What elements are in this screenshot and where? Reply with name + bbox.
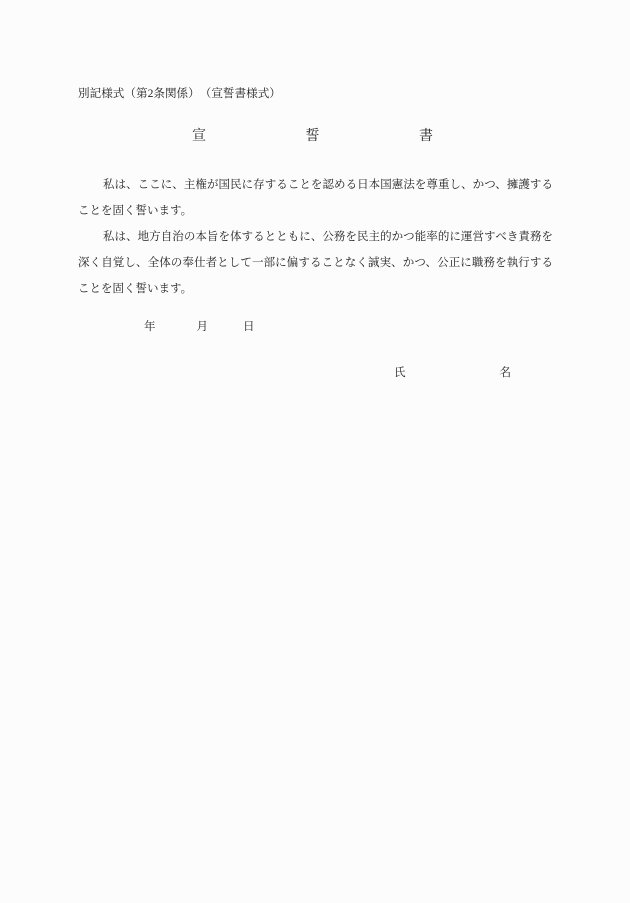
form-reference: 別記様式（第2条関係） （宣誓書様式） xyxy=(78,87,281,100)
title-char: 宣 xyxy=(192,129,206,144)
body-line: ことを固く誓います。 xyxy=(78,198,553,224)
body-line: 私は、地方自治の本旨を体するとともに、公務を民主的かつ能率的に運営すべき責務を xyxy=(78,224,553,250)
title-char: 書 xyxy=(419,129,433,144)
day-label: 日 xyxy=(243,321,255,334)
date-line: 年 月 日 xyxy=(144,321,255,334)
body-line: 深く自覚し、全体の奉仕者として一部に偏することなく誠実、かつ、公正に職務を執行す… xyxy=(78,250,553,276)
signature-name-line: 氏 名 xyxy=(394,367,511,380)
oath-body: 私は、ここに、主権が国民に存することを認める日本国憲法を尊重し、かつ、擁護する … xyxy=(78,172,553,302)
document-title: 宣 誓 書 xyxy=(192,129,433,144)
body-line: 私は、ここに、主権が国民に存することを認める日本国憲法を尊重し、かつ、擁護する xyxy=(78,172,553,198)
month-label: 月 xyxy=(197,321,209,334)
body-line: ことを固く誓います。 xyxy=(78,276,553,302)
title-char: 誓 xyxy=(306,129,320,144)
year-label: 年 xyxy=(144,321,156,334)
surname-label: 氏 xyxy=(394,367,406,380)
oath-document-page: 別記様式（第2条関係） （宣誓書様式） 宣 誓 書 私は、ここに、主権が国民に存… xyxy=(0,0,630,903)
given-name-label: 名 xyxy=(500,367,512,380)
